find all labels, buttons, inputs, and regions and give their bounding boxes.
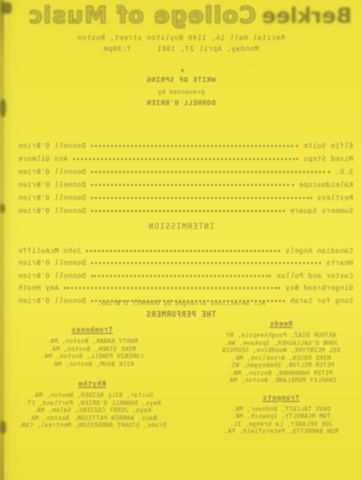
berklee-logo: Berklee College of Music	[8, 3, 352, 29]
program-row: Summers SquareDonnell O'Brien	[18, 202, 353, 215]
presenter-name: DONNELL O'BRIEN	[0, 99, 362, 107]
performer: LORENZO POWELL, Boston, MA.	[16, 353, 168, 361]
program-row: RestlessDonnell O'Brien	[18, 189, 353, 202]
performer: TOM MCANULTY, Ipswich, MA.	[205, 413, 357, 421]
section-title: Reeds	[205, 320, 357, 328]
event-date: Monday, April 27, 1981	[157, 45, 259, 53]
program-row: Mixed StepsAnn Gilmore	[18, 150, 353, 163]
composer-name: Donnell O'Brien	[18, 194, 86, 202]
composer-name: Donnell O'Brien	[18, 259, 86, 267]
performer-column-right: Trombones MARTY KANAK, Boston, MA. MIKE …	[16, 320, 168, 436]
dotted-leader	[73, 158, 299, 160]
composer-name: Ann Gilmore	[18, 155, 68, 163]
intermission-label: INTERMISSION	[0, 222, 362, 231]
logo-wordmark-college-of-music: College of Music	[28, 3, 256, 29]
section-title: Trumpets	[205, 394, 357, 402]
work-title: Hearts	[326, 259, 353, 267]
program-row: Canadian AngelsJohn McAuliffe	[18, 242, 353, 255]
performer: PETER MILTON, Sheboygan, WI.	[205, 362, 357, 370]
section-trombones: Trombones MARTY KANAK, Boston, MA. MIKE …	[16, 326, 168, 368]
dotted-leader	[91, 262, 321, 264]
composer-name: Donnell O'Brien	[18, 207, 86, 215]
composer-name: Donnell O'Brien	[18, 272, 86, 280]
work-title: Castor and Pollux	[276, 272, 353, 280]
section-title: Trombones	[16, 326, 168, 334]
performer: JOE DELANEY, La Grange, IL.	[205, 421, 357, 429]
work-title: Gingerbread Boy	[285, 284, 353, 292]
performer: JOHN O'GALLAGHER, Spokane, WA.	[205, 340, 357, 348]
dotted-leader	[91, 197, 312, 199]
performer: PETER HANRAHAN, Boston, MA.	[205, 370, 357, 378]
performer: MIKE ROSEN, Brookline, MA.	[205, 355, 357, 363]
program-first-half: Elfin SuiteDonnell O'Brien Mixed StepsAn…	[18, 137, 353, 215]
composer-name: Amy Heath	[18, 284, 59, 292]
event-time: 7:30pm	[103, 45, 131, 53]
arranger-note: All selections arranged by Donnell O'Bri…	[0, 299, 362, 307]
dotted-leader	[91, 210, 285, 212]
performer: Drums, STUART ANDERSSON, Montreal, CAN.	[16, 422, 168, 430]
work-title: Restless	[317, 194, 353, 202]
concert-title: WRITE OF SPRING	[0, 76, 362, 84]
composer-name: Donnell O'Brien	[18, 142, 86, 150]
dotted-leader	[91, 171, 330, 173]
performers-heading: THE PERFORMERS	[0, 310, 362, 319]
performer: RON BARRETTO, Petersfield, PA.	[205, 428, 357, 436]
dotted-leader	[86, 250, 280, 252]
work-title: Elfin Suite	[303, 142, 353, 150]
dotted-leader	[91, 184, 294, 186]
dotted-leader	[91, 145, 299, 147]
performer: Bass, WARREN PATTISON, Boston, MA.	[16, 415, 168, 423]
ink-speck	[181, 69, 184, 72]
performer: DAVE TALCOTT, Andover, MA.	[205, 406, 357, 414]
work-title: S.D.	[335, 168, 353, 176]
date-time-line: Monday, April 27, 19817:30pm	[0, 45, 362, 53]
composer-name: John McAuliffe	[18, 247, 81, 255]
performer: DEL MCINTYRE, Woodbine, GEORGIA	[205, 347, 357, 355]
presented-by-label: presented by	[0, 88, 362, 96]
performer: ARTHUR DIAZ, Poughkeepsie, NY	[205, 332, 357, 340]
section-title: Rhythm	[16, 380, 168, 388]
program-row: Castor and PolluxDonnell O'Brien	[18, 267, 353, 280]
venue-address-line: Recital Hall 1A, 1140 Boylston street, B…	[0, 34, 362, 42]
mirrored-program-sheet: Berklee College of Music Recital Hall 1A…	[0, 0, 362, 480]
performer-columns: Reeds ARTHUR DIAZ, Poughkeepsie, NY JOHN…	[16, 320, 357, 436]
program-row: S.D.Donnell O'Brien	[18, 163, 353, 176]
section-rhythm: Rhythm Guitar, BILL NEIDER, Newton, MA. …	[16, 380, 168, 430]
performer: RICK BAUM, Boston, MA.	[16, 361, 168, 369]
program-second-half: Canadian AngelsJohn McAuliffe HeartsDonn…	[18, 242, 353, 305]
work-title: Kaleidoscope	[299, 181, 353, 189]
section-reeds: Reeds ARTHUR DIAZ, Poughkeepsie, NY JOHN…	[205, 320, 357, 385]
work-title: Canadian Angels	[285, 247, 353, 255]
performer: Keys, DONNELL O'BRIEN, Portland, CT.	[16, 400, 168, 408]
performer: Keys, JERRY COZZENS, Salem, MA.	[16, 407, 168, 415]
program-row: HeartsDonnell O'Brien	[18, 255, 353, 268]
program-row: Gingerbread BoyAmy Heath	[18, 280, 353, 293]
work-title: Mixed Steps	[303, 155, 353, 163]
composer-name: Donnell O'Brien	[18, 168, 86, 176]
performer: MARTY KANAK, Boston, MA.	[16, 338, 168, 346]
performer: MIKE STARK, Boston, MA.	[16, 346, 168, 354]
composer-name: Donnell O'Brien	[18, 181, 86, 189]
dotted-leader	[64, 287, 281, 289]
program-row: KaleidoscopeDonnell O'Brien	[18, 176, 353, 189]
performer: CHARLEY MORELAND, Boston, MA.	[205, 377, 357, 385]
logo-wordmark-berklee: Berklee	[262, 4, 352, 28]
section-trumpets: Trumpets DAVE TALCOTT, Andover, MA. TOM …	[205, 394, 357, 436]
performer-column-left: Reeds ARTHUR DIAZ, Poughkeepsie, NY JOHN…	[205, 320, 357, 436]
dotted-leader	[91, 275, 272, 277]
work-title: Summers Square	[290, 207, 353, 215]
program-row: Elfin SuiteDonnell O'Brien	[18, 137, 353, 150]
performer: Guitar, BILL NEIDER, Newton, MA.	[16, 392, 168, 400]
